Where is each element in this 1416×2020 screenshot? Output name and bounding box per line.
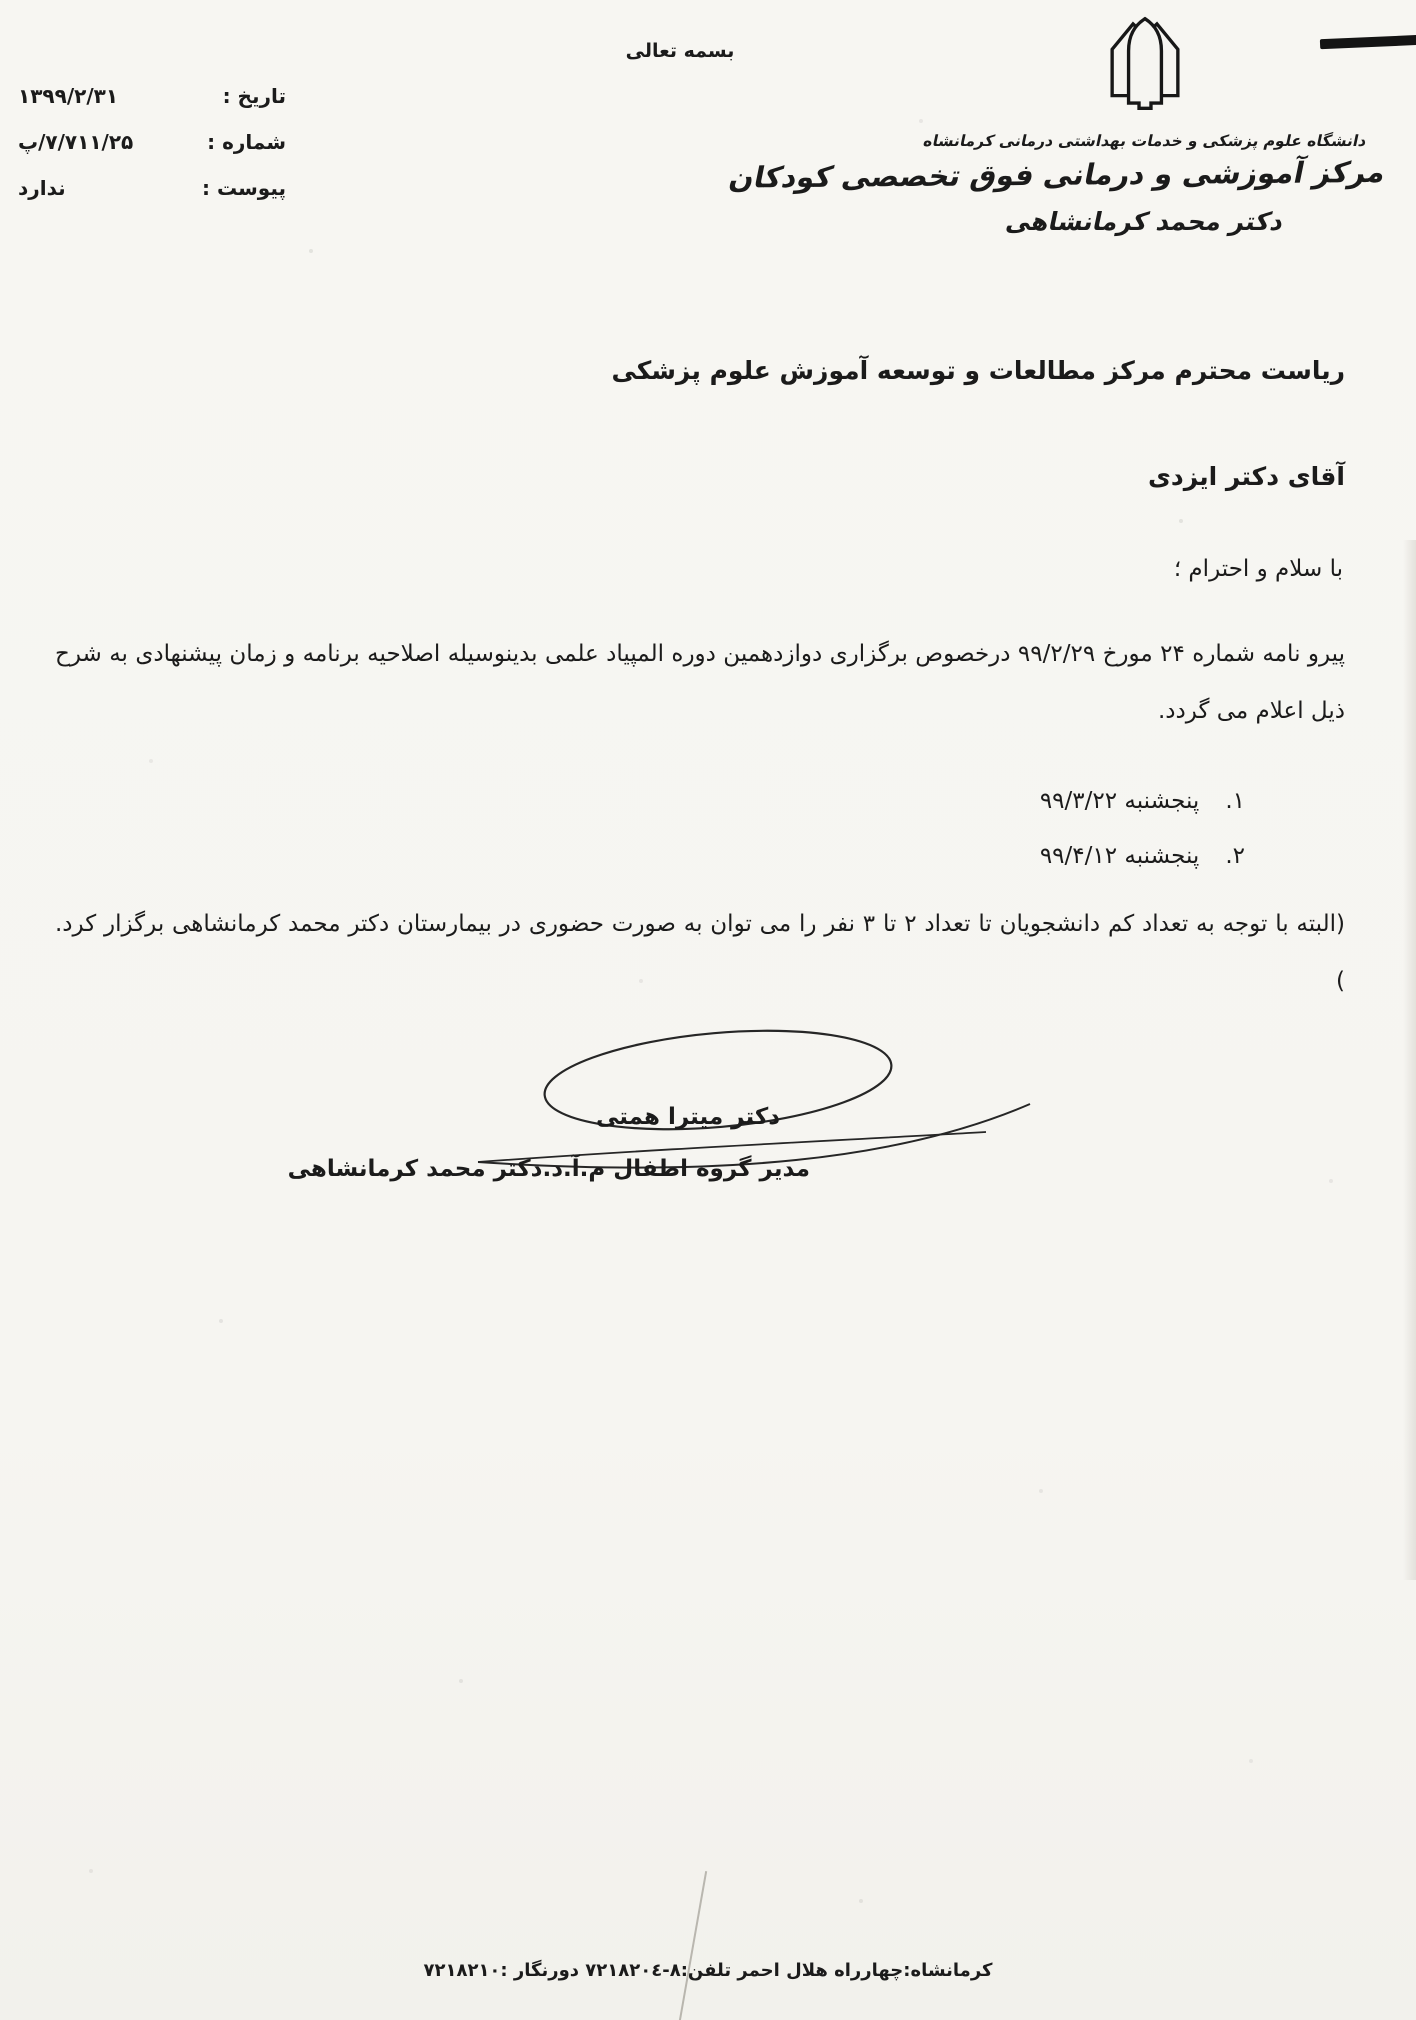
university-logo-icon (1100, 12, 1190, 124)
footer-address: کرمانشاه:چهارراه هلال احمر تلفن:۸-۷۲۱۸۲۰… (0, 1960, 1416, 1981)
attachment-label: پیوست : (202, 176, 286, 200)
letterhead-hospital-line: دکتر محمد کرمانشاهی (902, 207, 1388, 236)
meta-row-date: تاریخ : ۱۳۹۹/۲/۳۱ (18, 84, 286, 108)
scan-edge-shadow (1403, 540, 1416, 1580)
schedule-item-number: ۲. (1225, 843, 1245, 869)
fold-line-artifact (679, 1871, 707, 2020)
letterhead-university-line: دانشگاه علوم پزشکی و خدمات بهداشتی درمان… (903, 132, 1387, 150)
signature-title: مدیر گروه اطفال م.آ.د.دکتر محمد کرمانشاه… (288, 1156, 810, 1182)
number-label: شماره : (207, 130, 286, 154)
recipient-title: ریاست محترم مرکز مطالعات و توسعه آموزش ع… (612, 356, 1345, 385)
scanned-letter-page: بسمه تعالی تاریخ : ۱۳۹۹/۲/۳۱ شماره : ۷/۷… (0, 0, 1416, 2020)
meta-row-number: شماره : ۷/۷۱۱/۲۵/پ (18, 130, 286, 154)
schedule-item: ۱. پنجشنبه ۹۹/۳/۲۲ (1040, 788, 1245, 843)
meta-row-attachment: پیوست : ندارد (18, 176, 286, 200)
letterhead-center-line: مرکز آموزشی و درمانی فوق تخصصی کودکان (901, 155, 1389, 193)
schedule-item-text: پنجشنبه ۹۹/۴/۱۲ (1040, 843, 1200, 869)
letterhead: دانشگاه علوم پزشکی و خدمات بهداشتی درمان… (905, 12, 1385, 236)
signature-name: دکتر میترا همتی (558, 1104, 818, 1130)
meta-block: تاریخ : ۱۳۹۹/۲/۳۱ شماره : ۷/۷۱۱/۲۵/پ پیو… (18, 84, 286, 222)
salutation: با سلام و احترام ؛ (1174, 556, 1343, 582)
schedule-item-text: پنجشنبه ۹۹/۳/۲۲ (1040, 788, 1200, 814)
bismillah-text: بسمه تعالی (598, 40, 762, 62)
note-paragraph: (البته با توجه به تعداد کم دانشجویان تا … (55, 896, 1345, 1010)
date-label: تاریخ : (223, 84, 286, 108)
attachment-value: ندارد (18, 176, 66, 200)
schedule-item: ۲. پنجشنبه ۹۹/۴/۱۲ (1040, 843, 1245, 898)
schedule-list: ۱. پنجشنبه ۹۹/۳/۲۲ ۲. پنجشنبه ۹۹/۴/۱۲ (1040, 788, 1245, 898)
body-paragraph: پیرو نامه شماره ۲۴ مورخ ۹۹/۲/۲۹ درخصوص ب… (55, 626, 1345, 740)
recipient-name: آقای دکتر ایزدی (1148, 462, 1345, 491)
scan-noise-speckles (0, 0, 2, 2)
date-value: ۱۳۹۹/۲/۳۱ (18, 84, 118, 108)
number-value: ۷/۷۱۱/۲۵/پ (18, 130, 133, 154)
schedule-item-number: ۱. (1225, 788, 1245, 814)
